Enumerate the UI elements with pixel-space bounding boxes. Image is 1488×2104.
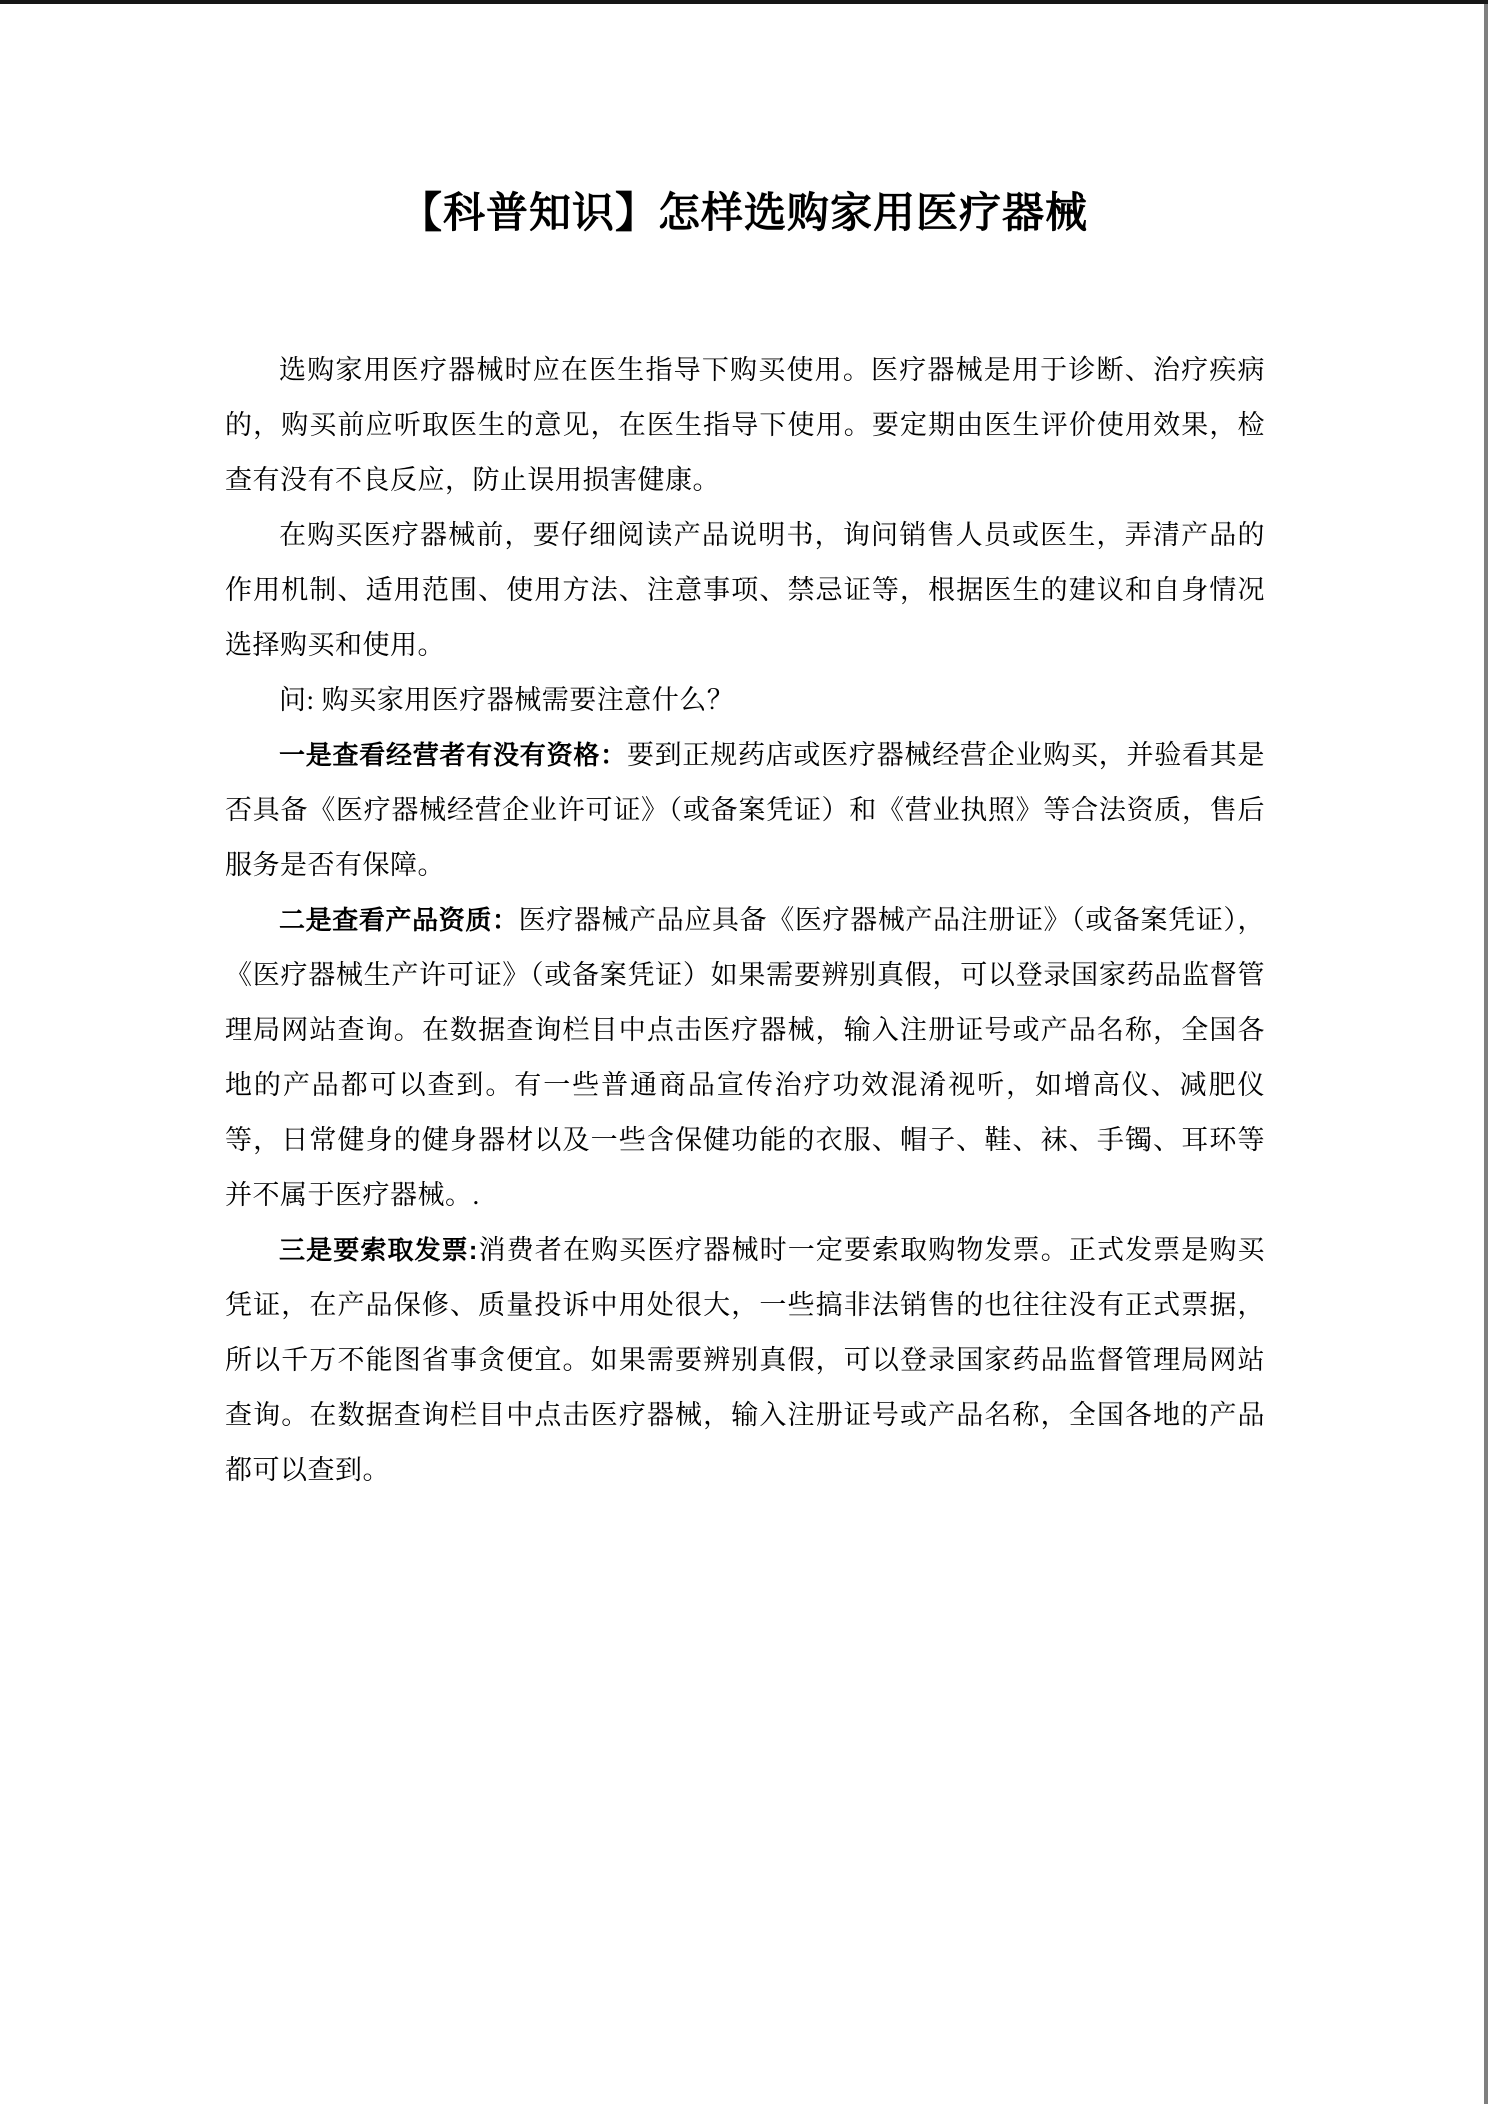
paragraph-text: 选购家用医疗器械时应在医生指导下购买使用。医疗器械是用于诊断、治疗疾病的，购买前… — [225, 355, 1265, 495]
paragraph: 在购买医疗器械前，要仔细阅读产品说明书，询问销售人员或医生，弄清产品的作用机制、… — [225, 508, 1265, 673]
window-top-border — [0, 0, 1488, 4]
paragraph-lead: 二是查看产品资质： — [279, 905, 519, 935]
paragraph-text: 医疗器械产品应具备《医疗器械产品注册证》（或备案凭证），《医疗器械生产许可证》（… — [225, 905, 1265, 1210]
paragraph: 三是要索取发票:消费者在购买医疗器械时一定要索取购物发票。正式发票是购买凭证，在… — [225, 1223, 1265, 1498]
paragraph: 二是查看产品资质：医疗器械产品应具备《医疗器械产品注册证》（或备案凭证），《医疗… — [225, 893, 1265, 1223]
paragraph-text: 消费者在购买医疗器械时一定要索取购物发票。正式发票是购买凭证，在产品保修、质量投… — [225, 1235, 1265, 1485]
paragraph: 选购家用医疗器械时应在医生指导下购买使用。医疗器械是用于诊断、治疗疾病的，购买前… — [225, 343, 1265, 508]
paragraph-lead: 一是查看经营者有没有资格： — [279, 740, 627, 770]
document-title: 【科普知识】怎样选购家用医疗器械 — [0, 185, 1488, 243]
document-page: 【科普知识】怎样选购家用医疗器械 选购家用医疗器械时应在医生指导下购买使用。医疗… — [0, 0, 1488, 2104]
paragraph: 一是查看经营者有没有资格：要到正规药店或医疗器械经营企业购买，并验看其是否具备《… — [225, 728, 1265, 893]
paragraph-lead: 三是要索取发票: — [279, 1235, 478, 1265]
paragraph-text: 在购买医疗器械前，要仔细阅读产品说明书，询问销售人员或医生，弄清产品的作用机制、… — [225, 520, 1265, 660]
paragraph: 问: 购买家用医疗器械需要注意什么？ — [225, 673, 1265, 728]
page-right-edge — [1484, 4, 1488, 2104]
paragraph-list: 选购家用医疗器械时应在医生指导下购买使用。医疗器械是用于诊断、治疗疾病的，购买前… — [225, 343, 1265, 1498]
paragraph-text: 问: 购买家用医疗器械需要注意什么？ — [279, 685, 734, 715]
